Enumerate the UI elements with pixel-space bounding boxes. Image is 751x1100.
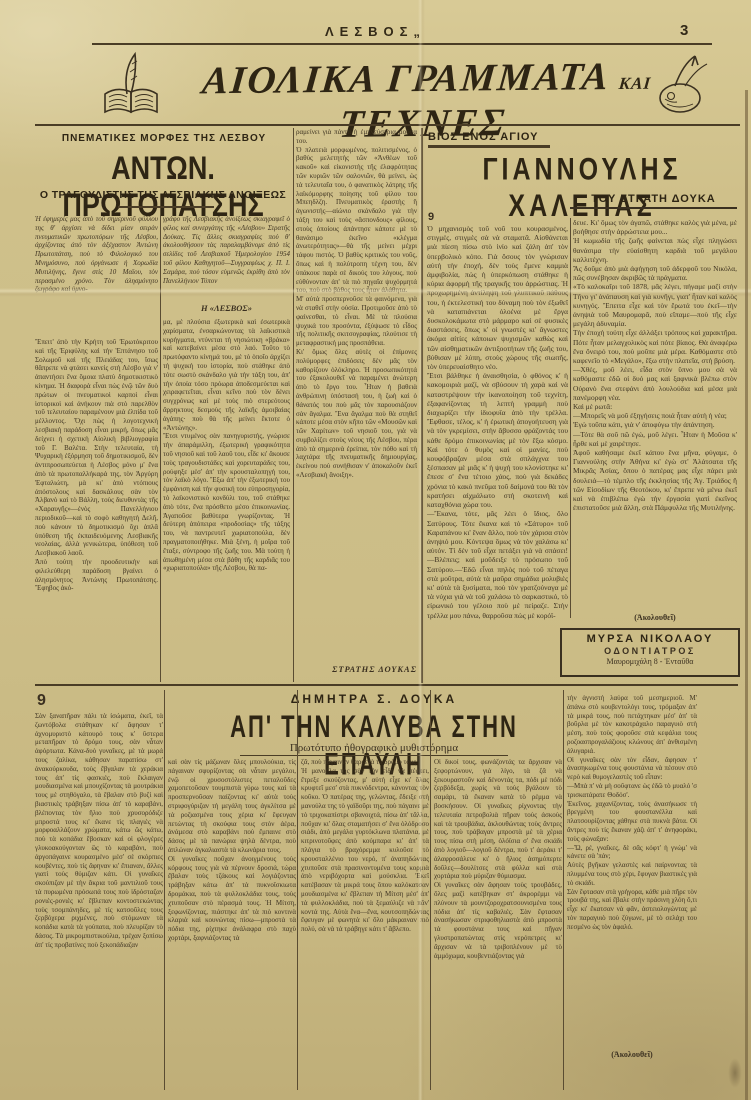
left-col-divider-1 <box>160 215 161 682</box>
protopatsis-body-col2: μα, μὲ πλούσια ἐξωτερικὰ καὶ ἐσωτερικὰ χ… <box>163 318 290 682</box>
chalepas-kicker-underline <box>428 145 550 148</box>
masthead: ΑΙΟΛΙΚΑ ΓΡΑΜΜΑΤΑ ΚΑΙ ΤΕΧΝΕΣ <box>35 50 735 122</box>
chalepas-byline: ΤΟΥ ΣΤΡΑΤΗ ΔΟΥΚΑ <box>570 193 737 209</box>
novel-divider-1 <box>164 690 165 1090</box>
protopatsis-subhead: Ο ΤΡΑΓΟΥΔΙΣΤΗΣ ΤΗΣ ΛΕΣΒΙΑΚΗΣ ΑΝΟΙΞΕΩΣ <box>35 189 291 201</box>
chalepas-section-number: 9 <box>428 211 434 223</box>
book-quill-icon <box>97 50 169 120</box>
palette-brushes-icon <box>645 52 715 122</box>
chalepas-headline: ΓΙΑΝΝΟΥΛΗΣ ΧΑΛΕΠΑΣ <box>427 152 737 225</box>
protopatsis-byline: ΣΤΡΑΤΗΣ ΔΟΥΚΑΣ <box>296 664 417 674</box>
novel-continuation: (Ἀκολουθεῖ) <box>567 1050 697 1059</box>
chalepas-kicker: ΒΙΟΣ ΕΝΟΣ ΑΓΙΟΥ <box>428 131 539 143</box>
dentist-ad-address: Μαυρομιχάλη 8 - Ἐνταῦθα <box>562 657 738 666</box>
newspaper-title: ΛΕΣΒΟΣ„ <box>0 24 751 39</box>
dentist-ad: ΜΥΡΣΑ ΝΙΚΟΛΑΟΥ ΟΔΟΝΤΙΑΤΡΟΣ Μαυρομιχάλη 8… <box>560 628 740 677</box>
section-rule <box>35 684 738 686</box>
novel-subtitle: Πρωτότυπο ἠθογραφικὸ μυθιστόρημα <box>240 742 508 756</box>
novel-col5: τὴν ἁγνιστὴ λαύρα τοῦ μεσημεριοῦ. Μ' ἀπά… <box>567 694 697 1044</box>
dentist-ad-name: ΜΥΡΣΑ ΝΙΚΟΛΑΟΥ <box>562 633 738 645</box>
dentist-ad-title: ΟΔΟΝΤΙΑΤΡΟΣ <box>562 646 738 656</box>
novel-col2: καὶ σὰν τίς μάζωναν ὅλες μπουλούκια, τίς… <box>168 758 296 1090</box>
paper-crease-vertical <box>418 0 425 1100</box>
right-col-divider <box>570 218 571 618</box>
protopatsis-body-col3: ραμείνει γιὰ πάντα ἡ ἐμπνεύστρια μούσα τ… <box>296 128 417 662</box>
protopatsis-intro-signature: Η «ΛΕΣΒΟΣ» <box>163 303 290 313</box>
novel-divider-4 <box>563 690 564 1090</box>
protopatsis-subhead-underline <box>118 206 214 208</box>
paper-corner-mark <box>728 1058 742 1088</box>
novel-col4: Οἱ δικοί τους, φωνάζοντάς τα ἄρχισαν νὰ … <box>434 758 562 1090</box>
novel-col3: ζᾶ, ποὺ πάγαιναν θαρρετὰ τὸ δρόμο τους. … <box>301 758 429 1090</box>
paper-edge-line <box>745 90 748 1100</box>
novel-divider-2 <box>297 690 298 1090</box>
novel-chapter-number: 9 <box>37 692 46 710</box>
novel-col1: Σὰν ξαναπῆραν πάλι τὰ ἰσώματα, ἐκεῖ, τὰ … <box>35 712 163 1090</box>
novel-divider-3 <box>430 690 431 1090</box>
paper-crease-horizontal <box>0 288 751 297</box>
protopatsis-kicker: ΠΝΕΜΑΤΙΚΕΣ ΜΟΡΦΕΣ ΤΗΣ ΛΕΣΒΟΥ <box>38 133 290 144</box>
novel-author: ΔΗΜΗΤΡΑ Σ. ΔΟΥΚΑ <box>190 692 558 706</box>
protopatsis-body-col1: Ἔπειτ' ἀπὸ τὴν Κρήτη τοῦ Ἐρωτόκριτου καὶ… <box>35 338 158 682</box>
header-rule <box>92 43 712 45</box>
masthead-title-main: ΑΙΟΛΙΚΑ ΓΡΑΜΜΑΤΑ <box>200 55 609 102</box>
page-number: 3 <box>680 22 688 39</box>
left-col-divider-2 <box>293 128 294 682</box>
protopatsis-headline: ΑΝΤΩΝ. ΠΡΩΤΟΠΑΤΣΗΣ <box>35 150 291 224</box>
protopatsis-intro-col1: Ἡ ἐφημερίς μας ἀπὸ τοῦ σημερινοῦ φύλλου … <box>35 215 158 335</box>
chalepas-continuation: (Ἀκολουθεῖ) <box>573 613 737 622</box>
chalepas-col2: δευε. Κι' ὅμως τὸν ἀγαπῶ, στάθηκε καλὸς … <box>573 218 737 610</box>
masthead-rule <box>35 124 740 126</box>
